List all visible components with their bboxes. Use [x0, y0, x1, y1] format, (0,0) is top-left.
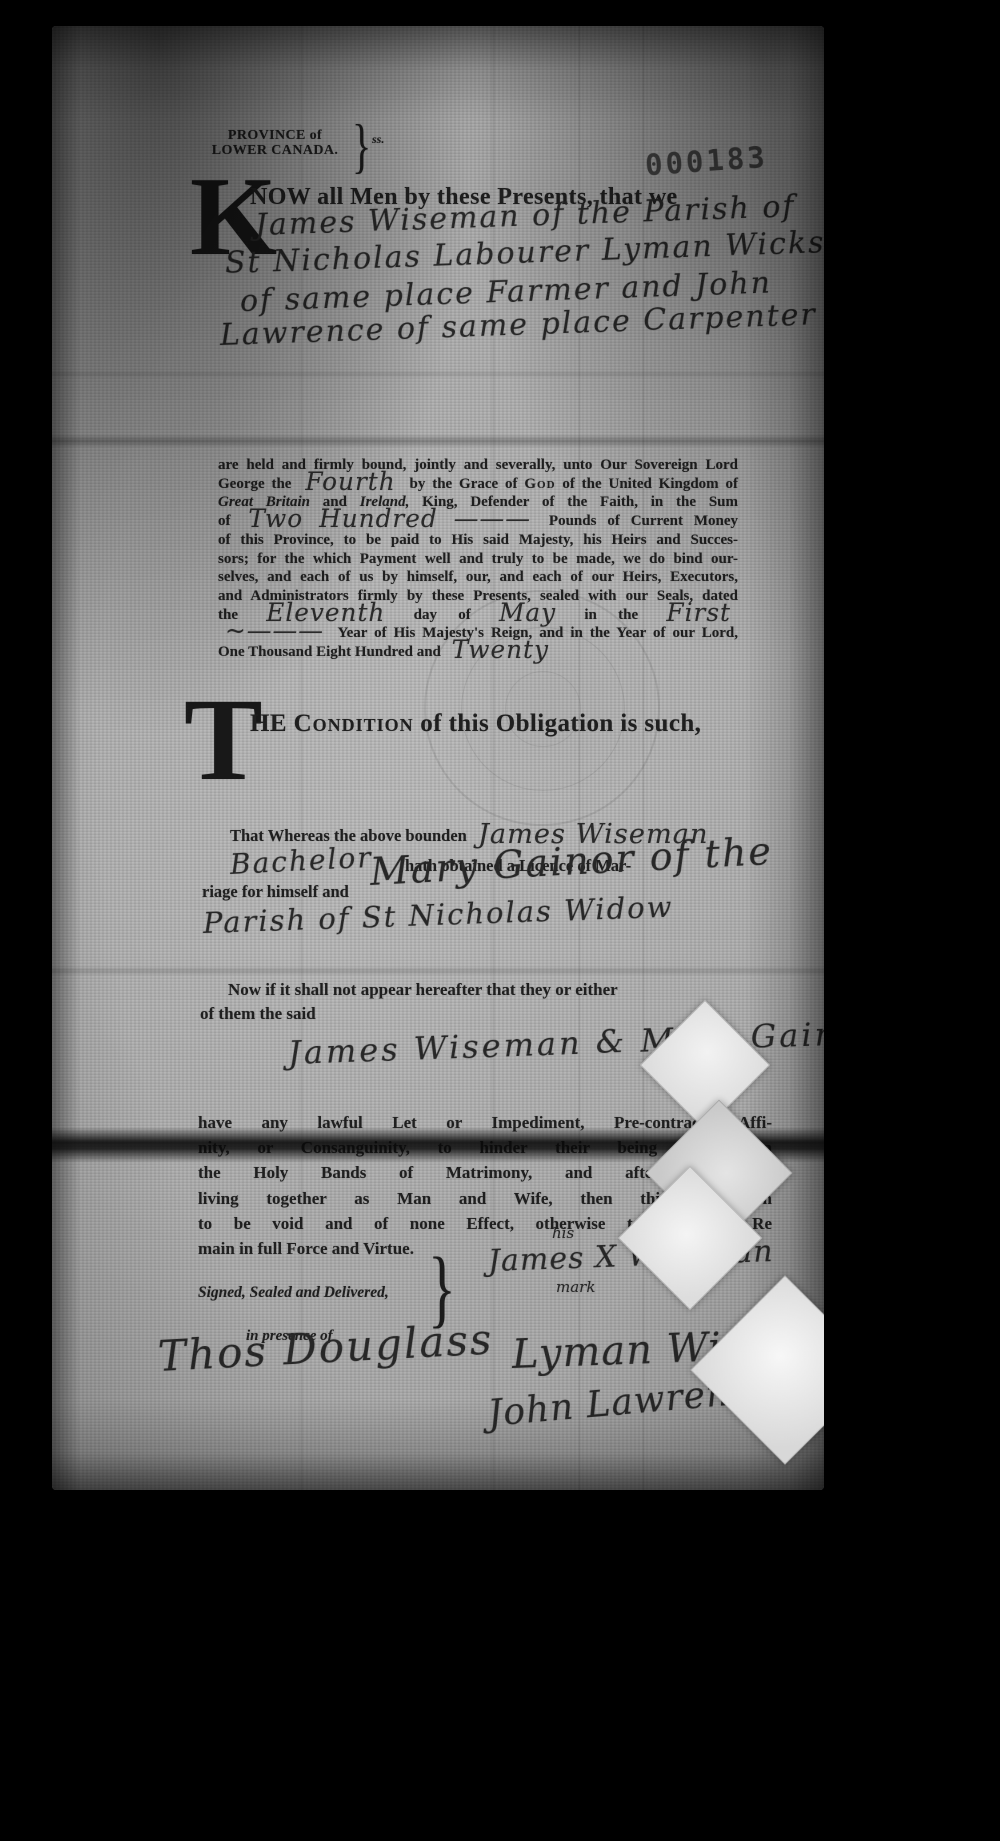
drop-cap-t: T — [184, 694, 263, 786]
bond-clause-paragraph: are held and firmly bound, jointly and s… — [218, 456, 738, 662]
riage-line: riage for himself and — [202, 882, 349, 902]
bond-line: selves, and each of us by himself, our, … — [218, 568, 738, 587]
now-line2: of them the said — [200, 1004, 316, 1024]
bond-line: One Thousand Eight Hundred and Twenty — [218, 643, 738, 662]
bond-line: George the Fourth by the Grace of God of… — [218, 475, 738, 494]
ss-abbreviation: ss. — [372, 132, 384, 147]
brace-glyph: } — [352, 110, 371, 181]
bond-line: sors; for the which Payment well and tru… — [218, 550, 738, 569]
document-page: PROVINCE of LOWER CANADA. } ss. 000183 K… — [52, 26, 824, 1490]
scanned-document-photo: { "colors":{"background":"#000000","pape… — [0, 0, 1000, 1841]
handwritten-bachelor: Bachelor — [229, 841, 373, 881]
fold-crease — [52, 966, 824, 976]
fold-crease — [52, 434, 824, 448]
signature-witness: Thos Douglass — [157, 1314, 495, 1381]
bond-line: are held and firmly bound, jointly and s… — [218, 456, 738, 475]
now-line1: Now if it shall not appear hereafter tha… — [228, 980, 618, 1000]
bond-line: of Two Hundred ——— Pounds of Current Mon… — [218, 512, 738, 531]
attestation-line1: Signed, Sealed and Delivered, — [198, 1284, 389, 1302]
signature-his-word: his — [552, 1224, 574, 1242]
region-line1: PROVINCE of — [195, 128, 355, 143]
serial-number-stamp: 000183 — [644, 140, 769, 182]
wafer-seal-icon — [690, 1275, 824, 1465]
condition-heading: HE Condition of this Obligation is such, — [250, 710, 701, 738]
region-label: PROVINCE of LOWER CANADA. — [195, 128, 355, 158]
fold-crease — [52, 370, 824, 378]
bond-line: of this Province, to be paid to His said… — [218, 531, 738, 550]
signature-mark-word: mark — [556, 1278, 595, 1296]
